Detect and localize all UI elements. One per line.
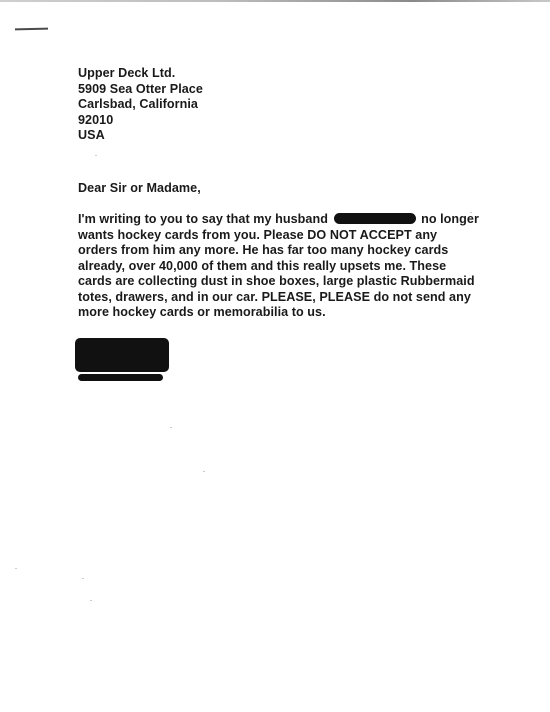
scan-speck xyxy=(15,568,17,569)
body-text: no longer xyxy=(421,212,479,226)
letter: Upper Deck Ltd. 5909 Sea Otter Place Car… xyxy=(78,66,498,352)
body-line: cards are collecting dust in shoe boxes,… xyxy=(78,274,498,290)
address-country: USA xyxy=(78,128,498,144)
body-line: more hockey cards or memorabilia to us. xyxy=(78,305,498,321)
scan-speck xyxy=(470,212,472,213)
address-company: Upper Deck Ltd. xyxy=(78,66,498,82)
body-line: totes, drawers, and in our car. PLEASE, … xyxy=(78,290,498,306)
scan-speck xyxy=(82,578,84,579)
letter-body: I'm writing to you to say that my husban… xyxy=(78,212,498,321)
scan-speck xyxy=(90,600,92,601)
address-zip: 92010 xyxy=(78,113,498,129)
body-line: already, over 40,000 of them and this re… xyxy=(78,259,498,275)
scan-speck xyxy=(95,155,97,156)
body-line: wants hockey cards from you. Please DO N… xyxy=(78,228,498,244)
salutation: Dear Sir or Madame, xyxy=(78,181,498,197)
scan-speck xyxy=(203,471,205,472)
body-line: orders from him any more. He has far too… xyxy=(78,243,498,259)
scan-mark xyxy=(15,28,48,30)
body-line: I'm writing to you to say that my husban… xyxy=(78,212,498,228)
redacted-printed-name xyxy=(78,374,163,381)
scan-speck xyxy=(170,427,172,428)
redacted-husband-name xyxy=(334,213,416,224)
address-city-state: Carlsbad, California xyxy=(78,97,498,113)
body-text: I'm writing to you to say that my husban… xyxy=(78,212,328,226)
scan-top-edge xyxy=(0,0,550,2)
recipient-address: Upper Deck Ltd. 5909 Sea Otter Place Car… xyxy=(78,66,498,144)
redacted-signature xyxy=(75,338,169,372)
address-street: 5909 Sea Otter Place xyxy=(78,82,498,98)
